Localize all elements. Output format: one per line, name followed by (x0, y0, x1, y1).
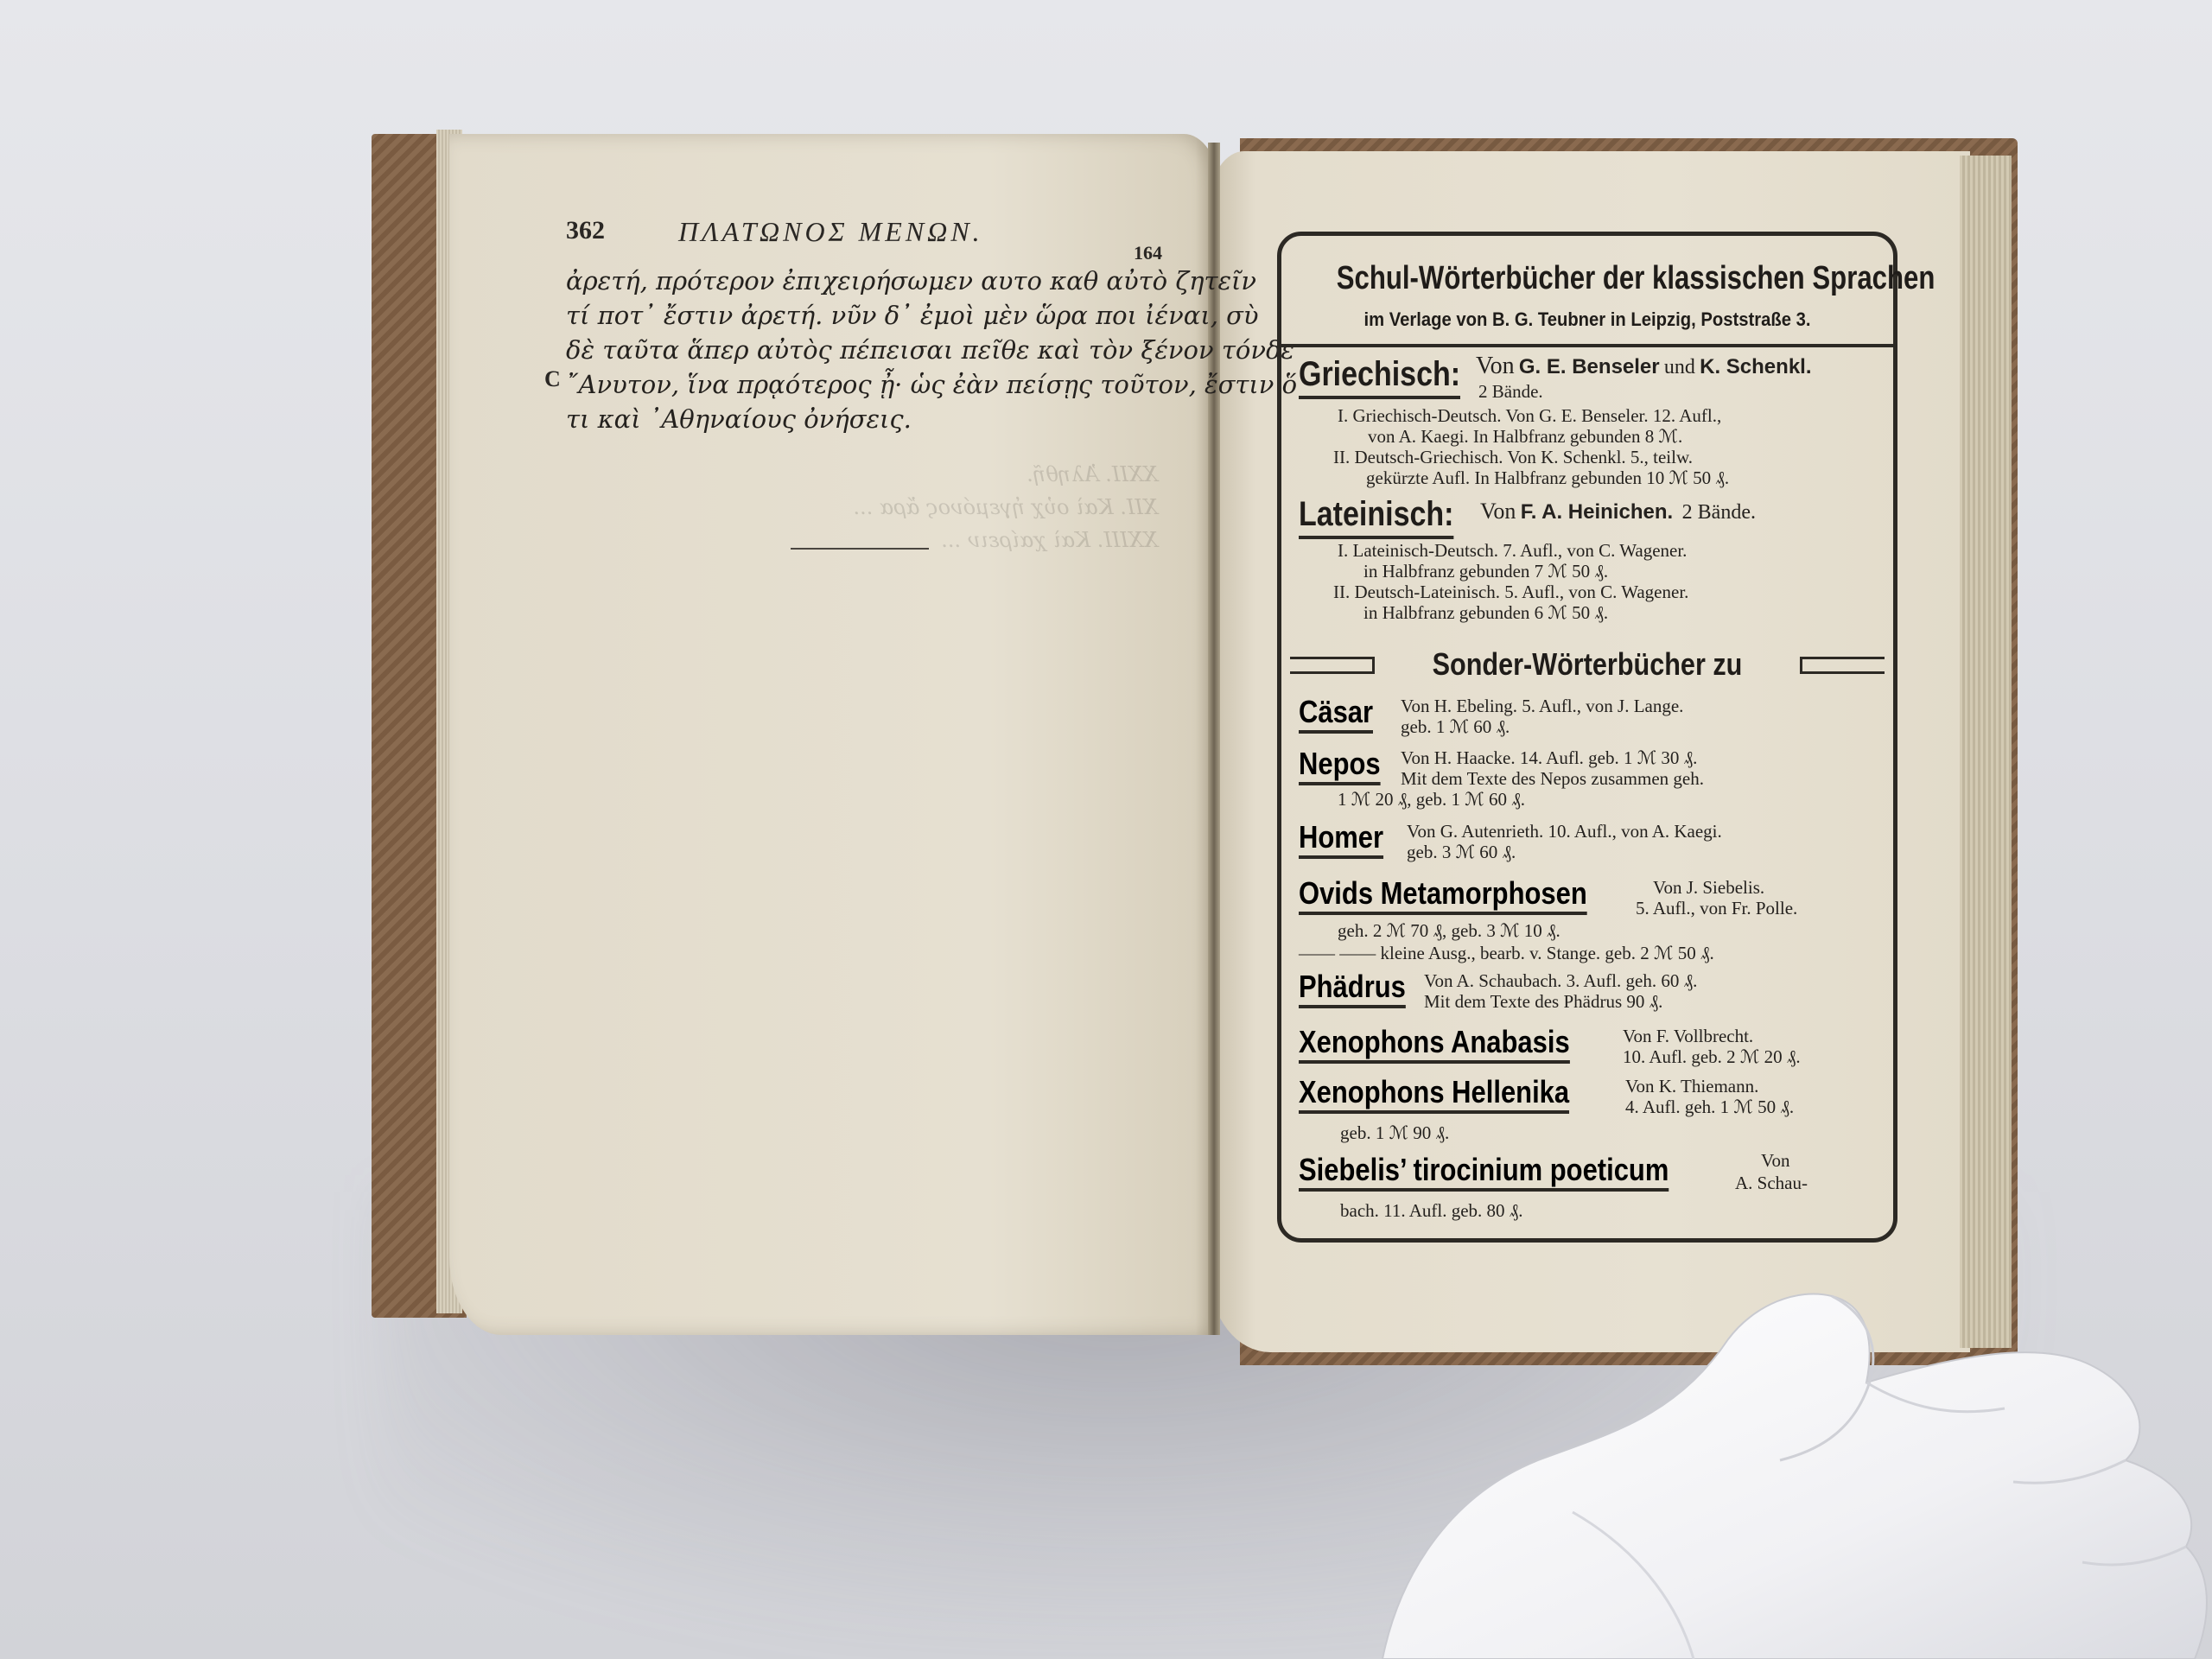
entry-line: geb. 3 ℳ 60 ₰. (1407, 842, 1516, 863)
entry-line: Von H. Haacke. 14. Aufl. geb. 1 ℳ 30 ₰. (1401, 747, 1697, 769)
entry-line: 5. Aufl., von Fr. Polle. (1636, 898, 1797, 919)
ornament-bar-right (1800, 657, 1885, 674)
entry-line: A. Schau- (1735, 1173, 1808, 1194)
entry-line: 4. Aufl. geh. 1 ℳ 50 ₰. (1625, 1096, 1794, 1118)
entry-label: Ovids Metamorphosen (1299, 875, 1587, 915)
left-page-header: 362 ΠΛΑΤΩΝΟΣ ΜΕΝΩΝ. 164 (566, 216, 1162, 259)
entry-caesar: Cäsar Von H. Ebeling. 5. Aufl., von J. L… (1299, 694, 1878, 734)
advert-subtitle: im Verlage von B. G. Teubner in Leipzig,… (1306, 308, 1868, 331)
advert-box: Schul-Wörterbücher der klassischen Sprac… (1277, 232, 1897, 1243)
end-rule (791, 548, 929, 550)
special-heading-text: Sonder-Wörterbücher zu (1327, 646, 1847, 683)
author: F. A. Heinichen. (1521, 500, 1673, 524)
section-label: Griechisch: (1299, 355, 1460, 399)
advert-header: Schul-Wörterbücher der klassischen Sprac… (1281, 236, 1893, 347)
entry-line: Von H. Ebeling. 5. Aufl., von J. Lange. (1401, 696, 1683, 717)
show-through-text: ΧΧΙΙ. Ἀληθῆ. ΧΙΙ. Καὶ οὐχ ἡγεμόνος ἄρα .… (553, 458, 1158, 556)
entry-label: Xenophons Hellenika (1299, 1074, 1569, 1114)
page-stack-right (1960, 156, 2012, 1348)
section-byline: Von F. A. Heinichen. 2 Bände. (1480, 500, 1756, 524)
text-line: τι καὶ ᾽Αθηναίους ὀνήσεις. (566, 402, 1162, 436)
entry-ovid: Ovids Metamorphosen Von J. Siebelis. 5. … (1299, 875, 1878, 915)
entry-label: Phädrus (1299, 969, 1406, 1008)
margin-number: 164 (1134, 242, 1162, 264)
entry-line: Von F. Vollbrecht. (1623, 1026, 1753, 1047)
greek-text-body: ἀρετή, πρότερον ἐπιχειρήσωμεν αυτο καθ α… (566, 264, 1162, 436)
section-label: Lateinisch: (1299, 495, 1453, 539)
entry-line: bach. 11. Aufl. geb. 80 ₰. (1340, 1200, 1523, 1222)
text-line: δὲ ταῦτα ἅπερ αὐτὸς πέπεισαι πεῖθε καὶ τ… (566, 333, 1162, 367)
author: K. Schenkl. (1700, 355, 1811, 378)
entry-hellenika: Xenophons Hellenika Von K. Thiemann. 4. … (1299, 1074, 1878, 1114)
entry-siebelis: Siebelis’ tirocinium poeticum Von A. Sch… (1299, 1152, 1878, 1192)
byline-conj: und (1664, 356, 1695, 378)
advert-title: Schul-Wörterbücher der klassischen Sprac… (1337, 260, 1839, 297)
entry-label: Homer (1299, 819, 1383, 859)
byline-von: Von (1480, 499, 1516, 524)
entry-label: Siebelis’ tirocinium poeticum (1299, 1152, 1669, 1192)
entry-line: geb. 1 ℳ 60 ₰. (1401, 716, 1510, 738)
section-lateinisch: Lateinisch: Von F. A. Heinichen. 2 Bände… (1299, 495, 1869, 539)
sub-item: in Halbfranz gebunden 6 ℳ 50 ₰. (1363, 602, 1608, 624)
ghost-line: ΧΧΙΙ. Ἀληθῆ. (553, 458, 1158, 491)
entry-line: Von J. Siebelis. (1653, 877, 1764, 899)
page-number: 362 (566, 216, 605, 245)
volumes: 2 Bände. (1478, 381, 1543, 403)
sub-item: II. Deutsch-Lateinisch. 5. Aufl., von C.… (1333, 582, 1688, 603)
entry-nepos: Nepos Von H. Haacke. 14. Aufl. geb. 1 ℳ … (1299, 746, 1878, 785)
sub-item: I. Griechisch-Deutsch. Von G. E. Bensele… (1338, 405, 1721, 427)
entry-line: geh. 2 ℳ 70 ₰, geb. 3 ℳ 10 ₰. (1338, 920, 1560, 942)
entry-phaedrus: Phädrus Von A. Schaubach. 3. Aufl. geh. … (1299, 969, 1878, 1008)
entry-line: 10. Aufl. geb. 2 ℳ 20 ₰. (1623, 1046, 1801, 1068)
sub-item: I. Lateinisch-Deutsch. 7. Aufl., von C. … (1338, 540, 1687, 562)
byline-von: Von (1476, 353, 1515, 379)
entry-label: Xenophons Anabasis (1299, 1024, 1570, 1064)
entry-line: Mit dem Texte des Nepos zusammen geh. (1401, 768, 1704, 790)
entry-label: Cäsar (1299, 694, 1373, 734)
entry-line: Von G. Autenrieth. 10. Aufl., von A. Kae… (1407, 821, 1722, 842)
special-dictionaries-heading: Sonder-Wörterbücher zu (1281, 646, 1893, 690)
sub-item: II. Deutsch-Griechisch. Von K. Schenkl. … (1333, 447, 1693, 468)
entry-line: Mit dem Texte des Phädrus 90 ₰. (1424, 991, 1662, 1013)
volumes: 2 Bände. (1682, 501, 1756, 524)
sub-item: von A. Kaegi. In Halbfranz gebunden 8 ℳ. (1368, 426, 1682, 448)
margin-marker: C (544, 366, 561, 392)
text-line: τί ποτ᾽ ἔστιν ἀρετή. νῦν δ᾽ ἐμοὶ μὲν ὥρα… (566, 298, 1162, 333)
sub-item: gekürzte Aufl. In Halbfranz gebunden 10 … (1366, 467, 1729, 489)
ghost-line: ΧΧΙΙΙ. Καὶ χαίρειν ... (553, 524, 1158, 556)
entry-line: Von K. Thiemann. (1625, 1076, 1758, 1097)
entry-label: Nepos (1299, 746, 1381, 785)
entry-line: 1 ℳ 20 ₰, geb. 1 ℳ 60 ₰. (1338, 789, 1525, 810)
sub-item: in Halbfranz gebunden 7 ℳ 50 ₰. (1363, 561, 1608, 582)
running-title: ΠΛΑΤΩΝΟΣ ΜΕΝΩΝ. (678, 216, 983, 248)
entry-anabasis: Xenophons Anabasis Von F. Vollbrecht. 10… (1299, 1024, 1878, 1064)
ghost-line: ΧΙΙ. Καὶ οὐχ ἡγεμόνος ἄρα ... (553, 491, 1158, 524)
text-line: ἀρετή, πρότερον ἐπιχειρήσωμεν αυτο καθ α… (566, 264, 1162, 298)
section-griechisch: Griechisch: Von G. E. Benseler und K. Sc… (1299, 355, 1869, 399)
author: G. E. Benseler (1519, 355, 1660, 378)
entry-line: geb. 1 ℳ 90 ₰. (1340, 1122, 1449, 1144)
entry-line: Von (1761, 1150, 1789, 1172)
entry-line: Von A. Schaubach. 3. Aufl. geh. 60 ₰. (1424, 970, 1697, 992)
white-glove-hand (1348, 1287, 2212, 1659)
text-line: ῎Ανυτον, ἵνα πρᾳότερος ᾖ· ὡς ἐὰν πείσῃς … (566, 367, 1162, 402)
section-byline: Von G. E. Benseler und K. Schenkl. (1476, 355, 1812, 378)
entry-line: —— —— kleine Ausg., bearb. v. Stange. ge… (1299, 943, 1714, 964)
entry-homer: Homer Von G. Autenrieth. 10. Aufl., von … (1299, 819, 1878, 859)
